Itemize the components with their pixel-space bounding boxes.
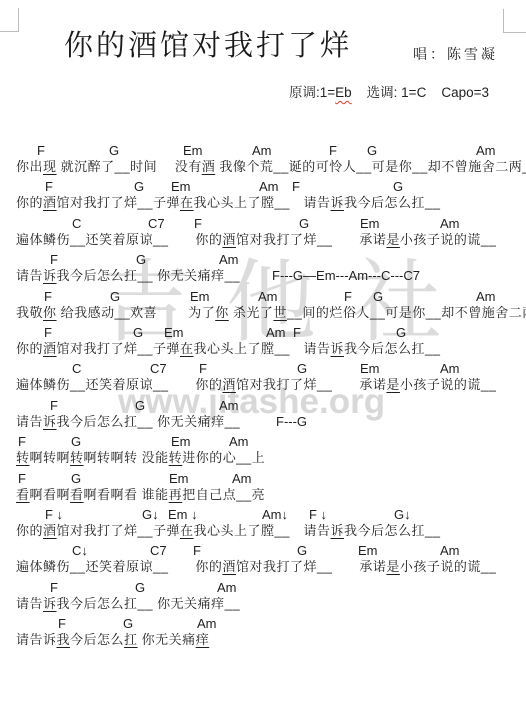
lyric-segment: 小孩子说的谎__ — [400, 377, 496, 392]
chord-label: G — [136, 253, 146, 267]
chord-label: F — [50, 581, 58, 595]
lyric-segment: 啊转啊 — [30, 450, 71, 465]
chord-label: G — [134, 180, 144, 194]
chord-label: Em — [171, 180, 191, 194]
lyric-segment: 啊转啊转 没能 — [84, 450, 169, 465]
lyric-segment: 馆对我打了烊__ 承诺 — [236, 377, 386, 392]
chord-row: F ↓G↓Em ↓Am↓F ↓G↓ — [0, 508, 526, 522]
song-line-1: FGEmAmFGAm你出现 就沉醉了__时间 没有酒 我像个荒__诞的可怜人__… — [0, 144, 526, 176]
lyric-char-underlined: 是 — [386, 377, 400, 392]
lyric-segment: 你无关痛 — [138, 632, 196, 647]
lyric-segment: 我今后怎么扛__ 你无关痛痒__ — [57, 596, 241, 611]
singer-label: 唱：陈雪凝 — [413, 44, 498, 64]
lyric-row: 转啊转啊转啊转啊转 没能转进你的心__上 — [0, 449, 526, 467]
lyric-char-underlined: 诉 — [330, 341, 344, 356]
lyric-segment: 我今后怎么扛__ 你无关痛痒__ — [57, 414, 241, 429]
lyric-char-underlined: 你 — [43, 305, 57, 320]
lyric-text: 我敬你 给我感动__欢喜 为了你 杀光了世__间的烂俗人__可是你__却不曾施舍… — [16, 304, 526, 322]
chord-label: G — [110, 290, 120, 304]
lyric-char-underlined: 在 — [180, 523, 194, 538]
lyric-row: 我敬你 给我感动__欢喜 为了你 杀光了世__间的烂俗人__可是你__却不曾施舍… — [0, 304, 526, 322]
lyric-segment: 馆对我打了烊__子弹 — [57, 341, 180, 356]
lyric-char-underlined: 酒 — [43, 341, 57, 356]
song-line-11: F ↓G↓Em ↓Am↓F ↓G↓你的酒馆对我打了烊__子弹在我心头上了膛__ … — [0, 508, 526, 540]
chord-label: F — [18, 435, 26, 449]
lyric-segment: 遍体鳞伤__还笑着原谅__ 你的 — [16, 559, 222, 574]
song-line-10: FGEmAm看啊看啊看啊看啊看 谁能再把自己点__亮 — [0, 472, 526, 504]
lyric-text: 遍体鳞伤__还笑着原谅__ 你的酒馆对我打了烊__ 承诺是小孩子说的谎__ — [16, 231, 496, 249]
chord-label: G — [299, 217, 309, 231]
chord-label: G↓ — [142, 508, 159, 522]
lyric-segment: 请告 — [16, 596, 43, 611]
lyric-char-underlined: 诉 — [330, 195, 344, 210]
chord-label: F — [329, 144, 337, 158]
lyric-char-underlined: 扛 — [124, 632, 138, 647]
lyric-text: 你出现 就沉醉了__时间 没有酒 我像个荒__诞的可怜人__可是你__却不曾施舍… — [16, 158, 526, 176]
lyric-row: 请告诉我今后怎么扛__ 你无关痛痒__F---G — [0, 413, 526, 431]
lyric-row: 你出现 就沉醉了__时间 没有酒 我像个荒__诞的可怜人__可是你__却不曾施舍… — [0, 158, 526, 176]
capo-info: Capo=3 — [441, 85, 489, 100]
chord-row: FGAm — [0, 581, 526, 595]
lyric-char-underlined: 看 — [70, 487, 84, 502]
chord-label: Am — [232, 472, 252, 486]
song-lines: FGEmAmFGAm你出现 就沉醉了__时间 没有酒 我像个荒__诞的可怜人__… — [0, 0, 526, 706]
lyric-char-underlined: 转 — [70, 450, 84, 465]
chord-label: Am — [440, 362, 460, 376]
song-line-3: CC7FGEmAm遍体鳞伤__还笑着原谅__ 你的酒馆对我打了烊__ 承诺是小孩… — [0, 217, 526, 249]
lyric-segment: 就沉醉了__时间 没有 — [57, 159, 202, 174]
chord-label: G — [297, 544, 307, 558]
selected-key: 选调: 1=C — [367, 85, 427, 100]
chord-label: Em ↓ — [168, 508, 198, 522]
chord-label: Em — [358, 544, 378, 558]
lyric-text: 转啊转啊转啊转啊转 没能转进你的心__上 — [16, 449, 265, 467]
chord-label: G — [373, 290, 383, 304]
chord-label: Am — [217, 581, 237, 595]
lyric-segment: 啊看啊 — [30, 487, 71, 502]
lyric-segment: 小孩子说的谎__ — [400, 232, 496, 247]
lyric-segment: 我今后怎么扛__ 你无关痛痒__ — [57, 268, 241, 283]
lyric-row: 你的酒馆对我打了烊__子弹在我心头上了膛__ 请告诉我今后怎么扛__ — [0, 340, 526, 358]
chord-label: G — [393, 180, 403, 194]
chord-label: Am — [219, 253, 239, 267]
original-key-prefix: 原调:1= — [289, 85, 335, 100]
chord-label: G↓ — [394, 508, 411, 522]
chord-row: CC7FGEmAm — [0, 362, 526, 376]
lyric-segment: 给我感动__欢喜 为了 — [57, 305, 216, 320]
chord-label: C7 — [150, 362, 167, 376]
lyric-segment: 我今后怎么扛__ — [344, 523, 440, 538]
chord-label: F — [193, 544, 201, 558]
lyric-char-underlined: 是 — [386, 559, 400, 574]
chord-row: FGEmAmFGAm — [0, 144, 526, 158]
chord-label: G — [135, 581, 145, 595]
lyric-segment: 馆对我打了烊__子弹 — [57, 195, 180, 210]
interlude-chords: F---G—Em---Am---C---C7 — [272, 267, 420, 285]
song-title: 你的酒馆对我打了烊 — [64, 30, 352, 62]
lyric-char-underlined: 我 — [57, 632, 71, 647]
lyric-text: 你的酒馆对我打了烊__子弹在我心头上了膛__ 请告诉我今后怎么扛__ — [16, 194, 440, 212]
chord-label: G — [123, 617, 133, 631]
chord-label: F — [199, 362, 207, 376]
lyric-segment: 遍体鳞伤__还笑着原谅__ 你的 — [16, 232, 222, 247]
lyric-char-underlined: 诉 — [330, 523, 344, 538]
chord-label: F — [58, 617, 66, 631]
lyric-text: 看啊看啊看啊看啊看 谁能再把自己点__亮 — [16, 486, 265, 504]
chord-row: FGEmAm — [0, 472, 526, 486]
chord-label: F — [45, 180, 53, 194]
lyric-char-underlined: 痒 — [196, 632, 210, 647]
lyric-char-underlined: 诉 — [43, 268, 57, 283]
lyric-segment: 馆对我打了烊__子弹 — [57, 523, 180, 538]
chord-label: G — [396, 326, 406, 340]
lyric-char-underlined: 诉 — [43, 414, 57, 429]
lyric-char-underlined: 世 — [273, 305, 287, 320]
chord-label: G — [367, 144, 377, 158]
lyric-row: 请告诉我今后怎么扛__ 你无关痛痒__ — [0, 595, 526, 613]
lyric-segment: 遍体鳞伤__还笑着原谅__ 你的 — [16, 377, 222, 392]
song-line-9: FGEmAm转啊转啊转啊转啊转 没能转进你的心__上 — [0, 435, 526, 467]
interlude-chords: F---G — [276, 413, 307, 431]
lyric-char-underlined: 酒 — [43, 523, 57, 538]
chord-label: F ↓ — [45, 508, 63, 522]
lyric-segment: 馆对我打了烊__ 承诺 — [236, 232, 386, 247]
lyric-char-underlined: 你 — [215, 305, 229, 320]
lyric-char-underlined: 酒 — [222, 559, 236, 574]
chord-row: FGAm — [0, 253, 526, 267]
chord-label: Em — [360, 362, 380, 376]
lyric-segment: 你出 — [16, 159, 43, 174]
lyric-row: 请告诉我今后怎么扛__ 你无关痛痒__F---G—Em---Am---C---C… — [0, 267, 526, 285]
chord-label: Em — [360, 217, 380, 231]
chord-label: C — [72, 362, 81, 376]
chord-label: C7 — [150, 544, 167, 558]
chord-label: F ↓ — [309, 508, 327, 522]
song-line-2: FGEmAmFG你的酒馆对我打了烊__子弹在我心头上了膛__ 请告诉我今后怎么扛… — [0, 180, 526, 212]
song-line-8: FGAm请告诉我今后怎么扛__ 你无关痛痒__F---G — [0, 399, 526, 431]
chord-label: Am — [476, 144, 496, 158]
chord-row: FGEmAmFG — [0, 326, 526, 340]
lyric-segment: 我今后怎么扛__ — [344, 341, 440, 356]
chord-label: F — [50, 253, 58, 267]
lyric-text: 遍体鳞伤__还笑着原谅__ 你的酒馆对我打了烊__ 承诺是小孩子说的谎__ — [16, 558, 496, 576]
chord-label: Am — [229, 435, 249, 449]
lyric-segment: 我心头上了膛__ 请告 — [194, 195, 331, 210]
lyric-row: 看啊看啊看啊看啊看 谁能再把自己点__亮 — [0, 486, 526, 504]
chord-label: Em — [171, 435, 191, 449]
lyric-segment: 请告 — [16, 414, 43, 429]
lyric-segment: 啊看啊看 谁能 — [84, 487, 169, 502]
lyric-char-underlined: 在 — [180, 195, 194, 210]
song-line-13: FGAm请告诉我今后怎么扛__ 你无关痛痒__ — [0, 581, 526, 613]
lyric-segment: 把自己点__亮 — [182, 487, 265, 502]
lyric-text: 你的酒馆对我打了烊__子弹在我心头上了膛__ 请告诉我今后怎么扛__ — [16, 522, 440, 540]
lyric-segment: 请告 — [16, 268, 43, 283]
lyric-char-underlined: 酒 — [222, 232, 236, 247]
chord-label: Am — [476, 290, 496, 304]
chord-label: Em — [164, 326, 184, 340]
lyric-segment: 进你的心__上 — [182, 450, 265, 465]
chord-row: FGEmAm — [0, 435, 526, 449]
chord-label: Am — [440, 544, 460, 558]
chord-label: Am — [259, 180, 279, 194]
song-line-7: CC7FGEmAm遍体鳞伤__还笑着原谅__ 你的酒馆对我打了烊__ 承诺是小孩… — [0, 362, 526, 394]
lyric-char-underlined: 现 — [43, 159, 57, 174]
lyric-text: 请告诉我今后怎么扛__ 你无关痛痒__ — [16, 595, 240, 613]
lyric-char-underlined: 酒 — [43, 195, 57, 210]
chord-row: FGAm — [0, 399, 526, 413]
chord-label: Am — [266, 326, 286, 340]
lyric-char-underlined: 是 — [386, 232, 400, 247]
chord-label: Am — [197, 617, 217, 631]
chord-label: G — [133, 326, 143, 340]
chord-label: G — [135, 399, 145, 413]
chord-label: Am — [252, 144, 272, 158]
chord-row: FGEmAmFG — [0, 180, 526, 194]
lyric-char-underlined: 看 — [16, 487, 30, 502]
lyric-row: 你的酒馆对我打了烊__子弹在我心头上了膛__ 请告诉我今后怎么扛__ — [0, 522, 526, 540]
chord-label: F — [50, 399, 58, 413]
chord-label: G — [297, 362, 307, 376]
lyric-char-underlined: 再 — [169, 487, 183, 502]
chord-label: Am — [258, 290, 278, 304]
lyric-char-underlined: 在 — [180, 341, 194, 356]
lyric-segment: 请告诉 — [16, 632, 57, 647]
chord-row: CC7FGEmAm — [0, 217, 526, 231]
chord-label: Em — [169, 472, 189, 486]
chord-label: Am — [219, 399, 239, 413]
chord-label: Am — [440, 217, 460, 231]
chord-sheet-page: 吉他社 www.jitashe.org 你的酒馆对我打了烊 唱：陈雪凝 原调:1… — [0, 0, 526, 706]
lyric-text: 请告诉我今后怎么扛 你无关痛痒 — [16, 631, 209, 649]
lyric-segment: 小孩子说的谎__ — [400, 559, 496, 574]
song-line-14: FGAm请告诉我今后怎么扛 你无关痛痒 — [0, 617, 526, 649]
lyric-segment: 我像个荒__诞的可怜人__可是你__却不曾施舍二两__ — [215, 159, 526, 174]
lyric-segment: 我心头上了膛__ 请告 — [194, 341, 331, 356]
lyric-segment: 你的 — [16, 195, 43, 210]
lyric-row: 请告诉我今后怎么扛 你无关痛痒 — [0, 631, 526, 649]
chord-row: FGAm — [0, 617, 526, 631]
chord-label: F — [18, 472, 26, 486]
key-info: 原调:1=Eb选调: 1=CCapo=3 — [289, 81, 489, 101]
lyric-segment: 杀光了 — [229, 305, 274, 320]
lyric-char-underlined: 酒 — [202, 159, 216, 174]
lyric-segment: 我敬 — [16, 305, 43, 320]
song-line-4: FGAm请告诉我今后怎么扛__ 你无关痛痒__F---G—Em---Am---C… — [0, 253, 526, 285]
chord-label: G — [71, 435, 81, 449]
lyric-segment: __间的烂俗人__可是你__却不曾施舍二两__ — [287, 305, 526, 320]
lyric-segment: 你的 — [16, 341, 43, 356]
chord-label: F — [37, 144, 45, 158]
chord-label: C7 — [148, 217, 165, 231]
lyric-text: 请告诉我今后怎么扛__ 你无关痛痒__ — [16, 413, 240, 431]
lyric-segment: 你的 — [16, 523, 43, 538]
lyric-segment: 今后怎么 — [70, 632, 124, 647]
lyric-segment: 馆对我打了烊__ 承诺 — [236, 559, 386, 574]
lyric-char-underlined: 酒 — [222, 377, 236, 392]
song-line-6: FGEmAmFG你的酒馆对我打了烊__子弹在我心头上了膛__ 请告诉我今后怎么扛… — [0, 326, 526, 358]
song-line-12: C↓C7FGEmAm遍体鳞伤__还笑着原谅__ 你的酒馆对我打了烊__ 承诺是小… — [0, 544, 526, 576]
chord-row: FGEmAmFGAm — [0, 290, 526, 304]
chord-label: G — [71, 472, 81, 486]
song-line-5: FGEmAmFGAm我敬你 给我感动__欢喜 为了你 杀光了世__间的烂俗人__… — [0, 290, 526, 322]
lyric-segment: 我心头上了膛__ 请告 — [194, 523, 331, 538]
chord-row: C↓C7FGEmAm — [0, 544, 526, 558]
lyric-text: 你的酒馆对我打了烊__子弹在我心头上了膛__ 请告诉我今后怎么扛__ — [16, 340, 440, 358]
chord-label: F — [344, 290, 352, 304]
chord-label: F — [293, 326, 301, 340]
lyric-row: 你的酒馆对我打了烊__子弹在我心头上了膛__ 请告诉我今后怎么扛__ — [0, 194, 526, 212]
lyric-text: 遍体鳞伤__还笑着原谅__ 你的酒馆对我打了烊__ 承诺是小孩子说的谎__ — [16, 376, 496, 394]
chord-label: G — [109, 144, 119, 158]
lyric-segment: 我今后怎么扛__ — [344, 195, 440, 210]
chord-label: Am↓ — [262, 508, 288, 522]
chord-label: F — [44, 290, 52, 304]
lyric-text: 请告诉我今后怎么扛__ 你无关痛痒__ — [16, 267, 240, 285]
chord-label: Em — [190, 290, 210, 304]
lyric-row: 遍体鳞伤__还笑着原谅__ 你的酒馆对我打了烊__ 承诺是小孩子说的谎__ — [0, 376, 526, 394]
chord-label: C↓ — [72, 544, 88, 558]
chord-label: F — [292, 180, 300, 194]
chord-label: F — [44, 326, 52, 340]
lyric-row: 遍体鳞伤__还笑着原谅__ 你的酒馆对我打了烊__ 承诺是小孩子说的谎__ — [0, 231, 526, 249]
lyric-char-underlined: 转 — [16, 450, 30, 465]
chord-label: F — [194, 217, 202, 231]
chord-label: Em — [183, 144, 203, 158]
chord-label: C — [72, 217, 81, 231]
original-key-value: Eb — [335, 85, 352, 100]
lyric-char-underlined: 转 — [169, 450, 183, 465]
lyric-char-underlined: 诉 — [43, 596, 57, 611]
lyric-row: 遍体鳞伤__还笑着原谅__ 你的酒馆对我打了烊__ 承诺是小孩子说的谎__ — [0, 558, 526, 576]
